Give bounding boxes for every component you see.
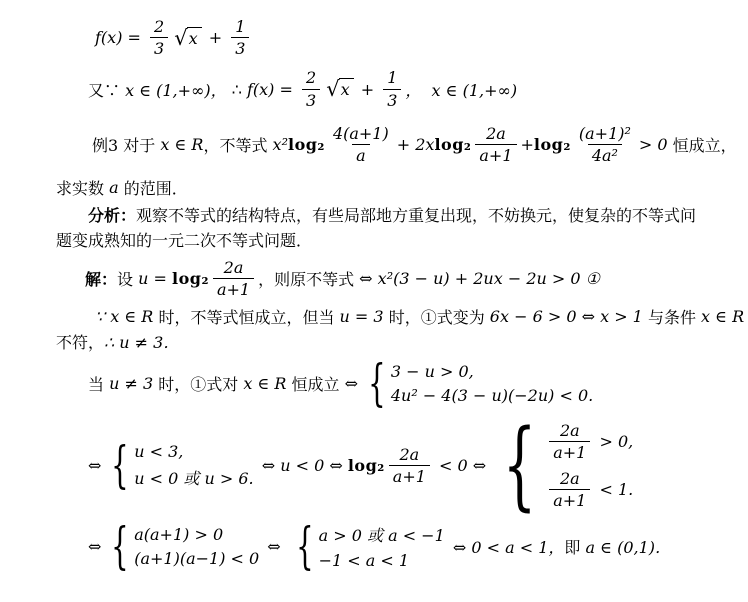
math-run: < 0 ⇔ — [434, 456, 486, 475]
left-brace-icon: { — [112, 524, 129, 569]
chinese-text: 又∵ — [88, 78, 125, 101]
math-run: ⇔ 0 < a < 1， — [448, 535, 565, 558]
chinese-text: 设 — [117, 267, 138, 290]
fraction-denominator: a+1 — [475, 144, 516, 166]
solution-label: 解： — [85, 267, 117, 290]
system-rows: a(a+1) > 0 (a+1)(a−1) < 0 — [134, 525, 259, 568]
fraction: 13 — [383, 67, 401, 110]
example-3-line: 例3 对于 x ∈ R ，不等式 x² log₂ 4(a+1)a + 2x lo… — [92, 123, 748, 166]
fraction: 2aa+1 — [389, 444, 430, 487]
system-row: −1 < a < 1 — [319, 551, 409, 570]
analysis-paragraph-line-1: 分析： 观察不等式的结构特点，有些局部地方重复出现，不妨换元，使复杂的不等式问 — [88, 203, 748, 226]
math-run: x ∈ R — [160, 135, 203, 154]
formula-line-2: 又∵ x ∈ (1,+∞)， ∴ f(x) = 23 √x + 13 ， x ∈… — [88, 67, 748, 110]
math-run: x ∈ R — [701, 307, 744, 326]
solution-line: 解： 设 u = log₂ 2aa+1 ，则原不等式 ⇔ x²(3 − u) +… — [85, 257, 748, 300]
system-row: a(a+1) > 0 — [134, 525, 223, 544]
question-line: 求实数 a 的范围． — [56, 176, 748, 199]
fraction-denominator: 4a² — [588, 144, 622, 166]
fraction-denominator: 3 — [302, 89, 320, 111]
math-run: > 0, — [594, 432, 633, 451]
left-brace-icon: { — [503, 425, 537, 507]
fraction-numerator: (a+1)² — [575, 123, 635, 144]
fraction-numerator: 2 — [302, 67, 320, 88]
radical-icon: √ — [174, 27, 187, 49]
math-run: u = 3 — [340, 307, 389, 326]
math-run: > 0 — [639, 135, 673, 154]
fraction-denominator: 3 — [231, 37, 249, 59]
therefore-symbol: ∴ — [232, 80, 247, 99]
equation-system: { 2aa+1 > 0, 2aa+1 < 1. — [489, 420, 633, 512]
math-run: + — [521, 135, 534, 154]
math-run: u ≠ 3 — [109, 374, 158, 393]
log-function: log₂ — [534, 135, 571, 154]
chinese-text: 时，①式对 — [158, 372, 243, 395]
math-run: + 2x — [397, 135, 435, 154]
chinese-text: 与条件 — [648, 305, 701, 328]
fraction-numerator: 1 — [231, 16, 249, 37]
system-rows: 2aa+1 > 0, 2aa+1 < 1. — [545, 420, 633, 512]
system-row: u < 3, — [134, 442, 183, 461]
fraction-denominator: a — [352, 144, 370, 166]
fraction-denominator: a+1 — [549, 489, 590, 511]
system-rows: a > 0 或 a < −1 −1 < a < 1 — [319, 523, 445, 570]
fraction-numerator: 2 — [150, 16, 168, 37]
fraction: (a+1)²4a² — [575, 123, 635, 166]
square-root: √x — [326, 78, 353, 100]
system-row: 3 − u > 0, — [391, 362, 474, 381]
equivalence-chain-line-2: ⇔ { a(a+1) > 0 (a+1)(a−1) < 0 ⇔ { a > 0 … — [88, 523, 748, 570]
math-run: x ∈ R — [243, 374, 291, 393]
chinese-text: 当 — [88, 372, 109, 395]
math-run: u = — [138, 269, 172, 288]
equation-system: { u < 3, u < 0 或 u > 6. — [104, 442, 253, 489]
fraction-numerator: 2a — [395, 444, 423, 465]
system-row: 2aa+1 < 1. — [545, 468, 633, 511]
math-run: ， x ∈ (1,+∞) — [405, 78, 517, 101]
fraction-numerator: 1 — [383, 67, 401, 88]
math-run: a — [109, 178, 119, 197]
math-run: x ∈ (1,+∞)， — [125, 78, 232, 101]
radical-icon: √ — [326, 78, 339, 100]
fraction-denominator: a+1 — [213, 278, 254, 300]
fraction-denominator: a+1 — [549, 441, 590, 463]
iff-symbol: ⇔ — [345, 374, 358, 393]
chinese-text: 时，不等式恒成立，但当 — [158, 305, 339, 328]
equation-system: { a(a+1) > 0 (a+1)(a−1) < 0 — [104, 524, 259, 569]
equation-system: { 3 − u > 0, 4u² − 4(3 − u)(−2u) < 0. — [361, 361, 593, 406]
fraction-numerator: 2a — [220, 257, 248, 278]
chinese-text: 时，①式变为 — [389, 305, 490, 328]
fraction: 2aa+1 — [549, 420, 590, 463]
chinese-text: ，则原不等式 — [258, 267, 354, 290]
fraction-denominator: 3 — [150, 37, 168, 59]
log-function: log₂ — [434, 135, 471, 154]
iff-symbol: ⇔ — [88, 537, 101, 556]
log-function: log₂ — [172, 269, 209, 288]
math-run: ⇔ — [262, 537, 286, 556]
system-row: (a+1)(a−1) < 0 — [134, 549, 259, 568]
formula-line-1: f(x) = 23 √x + 13 — [95, 16, 748, 59]
chinese-text: 即 — [564, 535, 585, 558]
derivation-line-2: 不符， ∴ u ≠ 3． — [56, 330, 748, 353]
chinese-text: 恒成立， — [673, 133, 737, 156]
chinese-text: 恒成立 — [292, 372, 345, 395]
system-rows: 3 − u > 0, 4u² − 4(3 − u)(−2u) < 0. — [391, 362, 593, 405]
left-brace-icon: { — [296, 524, 313, 569]
iff-symbol: ⇔ — [88, 456, 101, 475]
fraction: 23 — [150, 16, 168, 59]
chinese-text: 求实数 — [56, 176, 109, 199]
left-brace-icon: { — [368, 361, 385, 406]
chinese-text: 题变成熟知的一元二次不等式问题． — [56, 228, 312, 251]
fraction-numerator: 4(a+1) — [329, 123, 393, 144]
log-function: log₂ — [348, 456, 385, 475]
fraction-denominator: 3 — [383, 89, 401, 111]
math-document-page: f(x) = 23 √x + 13 又∵ x ∈ (1,+∞)， ∴ f(x) … — [0, 0, 748, 602]
example-label: 例3 对于 — [92, 133, 160, 156]
radicand: x — [339, 78, 354, 100]
math-run: a ∈ (0,1)． — [586, 535, 672, 558]
math-run: x² — [273, 135, 288, 154]
math-run: + — [356, 80, 380, 99]
chinese-text: ，不等式 — [203, 133, 272, 156]
system-rows: u < 3, u < 0 或 u > 6. — [134, 442, 253, 489]
math-run: ⇔ x²(3 − u) + 2ux − 2u > 0 ① — [354, 269, 600, 288]
system-row: 4u² − 4(3 − u)(−2u) < 0. — [391, 386, 593, 405]
derivation-line-1: ∵ x ∈ R 时，不等式恒成立，但当 u = 3 时，①式变为 6x − 6 … — [95, 305, 748, 328]
math-run: f(x) = — [247, 80, 298, 99]
fraction-numerator: 2a — [556, 420, 584, 441]
math-run: 6x − 6 > 0 ⇔ x > 1 — [490, 307, 648, 326]
log-function: log₂ — [288, 135, 325, 154]
math-run: f(x) = — [95, 28, 146, 47]
math-run: + — [204, 28, 228, 47]
math-run: ∵ x ∈ R — [95, 307, 158, 326]
fraction: 2aa+1 — [549, 468, 590, 511]
math-run: ∴ u ≠ 3． — [104, 330, 179, 353]
square-root: √x — [174, 27, 201, 49]
chinese-text: 的范围． — [119, 176, 188, 199]
math-run: < 1. — [594, 480, 633, 499]
fraction: 4(a+1)a — [329, 123, 393, 166]
fraction: 2aa+1 — [213, 257, 254, 300]
math-run: ⇔ u < 0 ⇔ — [257, 456, 348, 475]
equivalence-chain-line-1: ⇔ { u < 3, u < 0 或 u > 6. ⇔ u < 0 ⇔ log₂… — [88, 420, 748, 512]
fraction: 13 — [231, 16, 249, 59]
analysis-paragraph-line-2: 题变成熟知的一元二次不等式问题． — [56, 228, 748, 251]
analysis-label: 分析： — [88, 203, 136, 226]
equation-system: { a > 0 或 a < −1 −1 < a < 1 — [289, 523, 445, 570]
fraction: 23 — [302, 67, 320, 110]
fraction: 2aa+1 — [475, 123, 516, 166]
system-row: a > 0 或 a < −1 — [319, 523, 445, 546]
system-row: u < 0 或 u > 6. — [134, 466, 253, 489]
fraction-numerator: 2a — [482, 123, 510, 144]
fraction-denominator: a+1 — [389, 465, 430, 487]
chinese-text: 观察不等式的结构特点，有些局部地方重复出现，不妨换元，使复杂的不等式问 — [136, 203, 696, 226]
chinese-text: 不符， — [56, 330, 104, 353]
radicand: x — [187, 27, 202, 49]
system-row: 2aa+1 > 0, — [545, 420, 633, 463]
fraction-numerator: 2a — [556, 468, 584, 489]
left-brace-icon: { — [112, 443, 129, 488]
condition-system-line: 当 u ≠ 3 时，①式对 x ∈ R 恒成立 ⇔ { 3 − u > 0, 4… — [88, 361, 748, 406]
